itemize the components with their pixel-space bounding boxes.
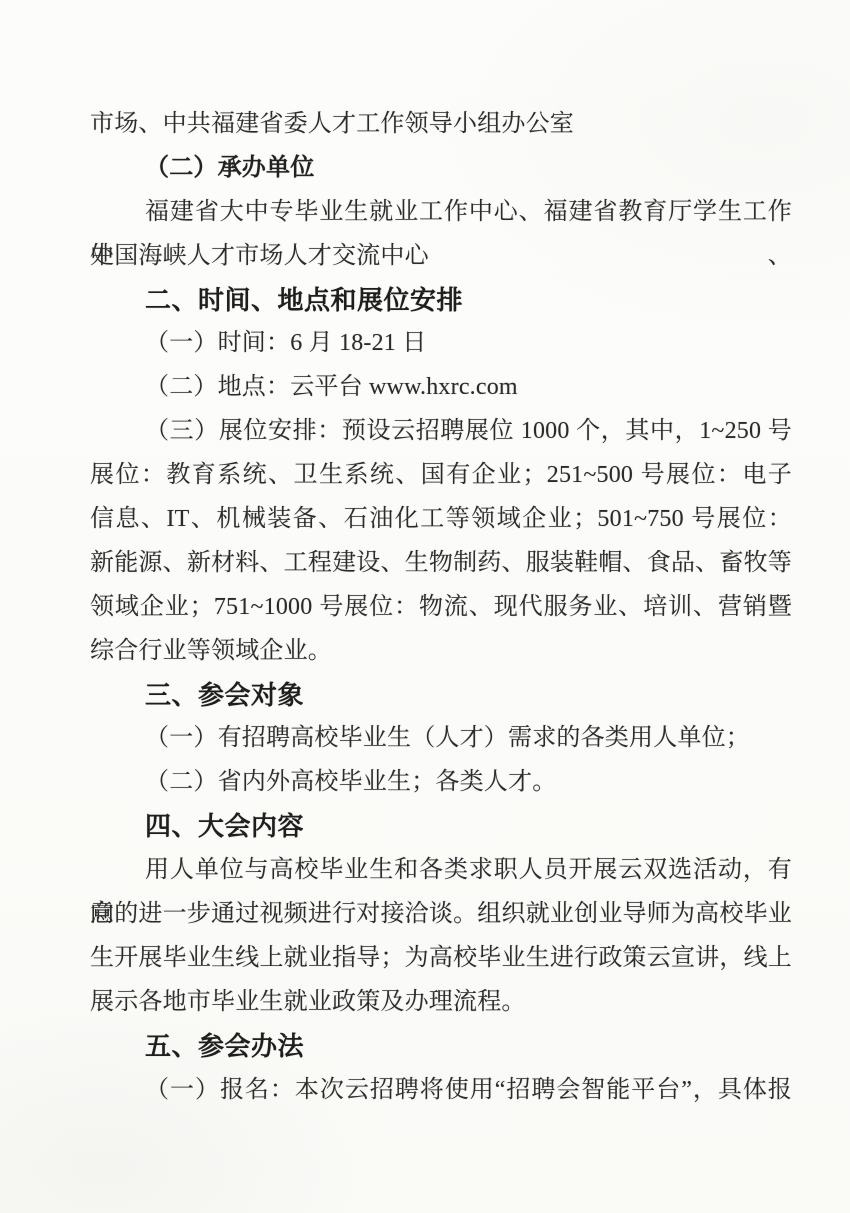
text-line-22: 五、参会办法 [90, 1025, 792, 1069]
text-line-5: 二、时间、地点和展位安排 [90, 279, 792, 323]
document-text-block: 市场、中共福建省委人才工作领导小组办公室（二）承办单位福建省大中专毕业生就业工作… [90, 103, 792, 1112]
text-line-11: 新能源、新材料、工程建设、生物制药、服装鞋帽、食品、畜牧等 [90, 542, 792, 586]
text-line-10: 信息、IT、机械装备、石油化工等领域企业；501~750 号展位： [90, 498, 792, 542]
text-line-9: 展位：教育系统、卫生系统、国有企业；251~500 号展位：电子 [90, 454, 792, 498]
text-line-3: 福建省大中专毕业生就业工作中心、福建省教育厅学生工作处、 [90, 191, 792, 235]
text-line-16: （二）省内外高校毕业生；各类人才。 [90, 761, 792, 805]
text-line-1: 市场、中共福建省委人才工作领导小组办公室 [90, 103, 792, 147]
text-line-2: （二）承办单位 [90, 147, 792, 191]
text-line-13: 综合行业等领域企业。 [90, 630, 792, 674]
text-line-12: 领域企业；751~1000 号展位：物流、现代服务业、培训、营销暨 [90, 586, 792, 630]
scanned-document-page: 市场、中共福建省委人才工作领导小组办公室（二）承办单位福建省大中专毕业生就业工作… [0, 0, 850, 1213]
text-line-17: 四、大会内容 [90, 805, 792, 849]
text-line-21: 展示各地市毕业生就业政策及办理流程。 [90, 981, 792, 1025]
text-line-14: 三、参会对象 [90, 674, 792, 718]
text-line-7: （二）地点：云平台 www.hxrc.com [90, 366, 792, 410]
text-line-8: （三）展位安排：预设云招聘展位 1000 个，其中，1~250 号 [90, 410, 792, 454]
text-line-6: （一）时间：6 月 18-21 日 [90, 322, 792, 366]
text-line-20: 生开展毕业生线上就业指导；为高校毕业生进行政策云宣讲，线上 [90, 937, 792, 981]
text-line-23: （一）报名：本次云招聘将使用“招聘会智能平台”，具体报 [90, 1069, 792, 1113]
text-line-18: 用人单位与高校毕业生和各类求职人员开展云双选活动，有意 [90, 849, 792, 893]
text-line-19: 向的进一步通过视频进行对接洽谈。组织就业创业导师为高校毕业 [90, 893, 792, 937]
text-line-15: （一）有招聘高校毕业生（人才）需求的各类用人单位； [90, 717, 792, 761]
